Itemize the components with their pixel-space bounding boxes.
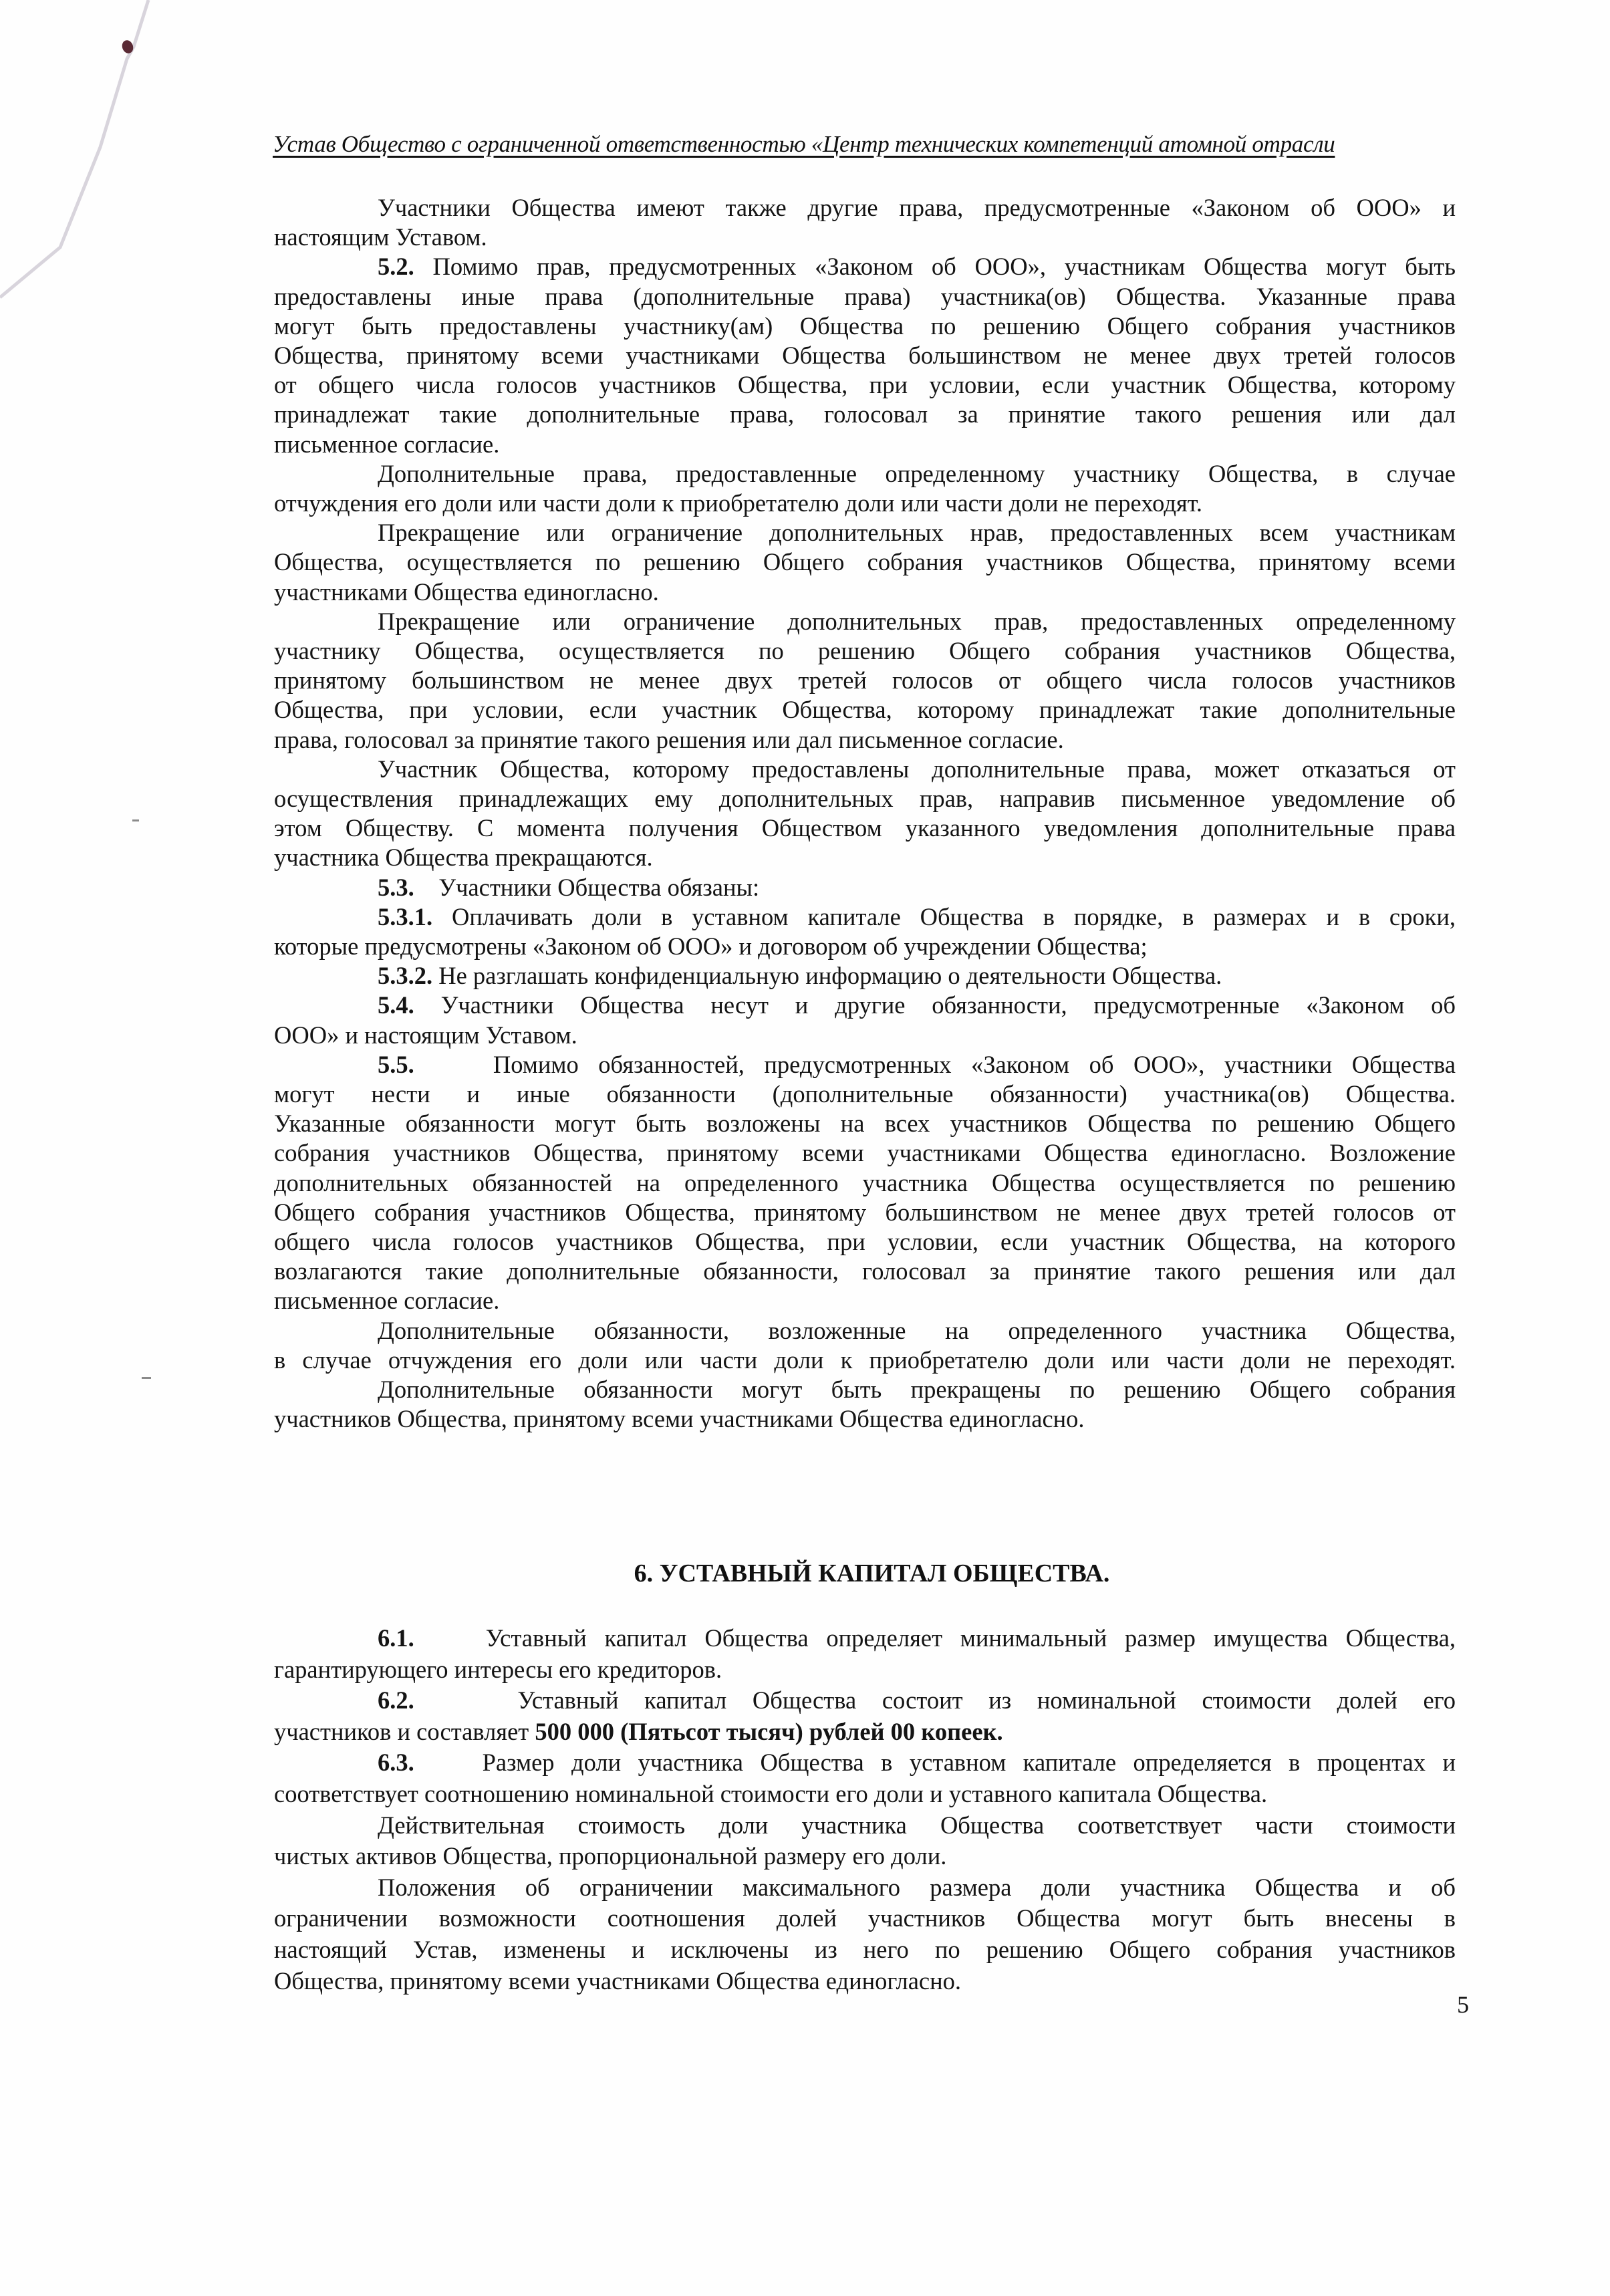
text-line: участника Общества прекращаются.: [274, 844, 1456, 872]
text-line: участников Общества, принятому всеми уча…: [274, 1405, 1456, 1433]
text-line: 5.3.1. Оплачивать доли в уставном капита…: [274, 903, 1456, 931]
running-header: Устав Общество с ограниченной ответствен…: [273, 131, 1436, 158]
line-text: принятому большинством не менее двух тре…: [274, 666, 1456, 694]
text-line: от общего числа голосов участников Общес…: [274, 371, 1456, 399]
text-line: 5.4. Участники Общества несут и другие о…: [274, 991, 1456, 1019]
line-text: Положения об ограничении максимального р…: [378, 1874, 1456, 1901]
text-line: 5.2. Помимо прав, предусмотренных «Закон…: [274, 253, 1456, 281]
line-text: от общего числа голосов участников Общес…: [274, 371, 1456, 398]
line-text: Прекращение или ограничение дополнительн…: [378, 519, 1456, 546]
section-heading: 6. УСТАВНЫЙ КАПИТАЛ ОБЩЕСТВА.: [0, 1559, 1610, 1588]
line-text: Указанные обязанности могут быть возложе…: [274, 1110, 1456, 1137]
line-text: участнику Общества, осуществляется по ре…: [274, 637, 1456, 664]
line-text: Участники Общества имеют также другие пр…: [378, 194, 1456, 221]
line-text: ООО» и настоящим Уставом.: [274, 1021, 577, 1049]
text-line: Участник Общества, которому предоставлен…: [274, 755, 1456, 783]
line-text: общего числа голосов участников Общества…: [274, 1228, 1456, 1255]
text-line: собрания участников Общества, принятому …: [274, 1139, 1456, 1167]
line-text: настоящим Уставом.: [274, 223, 487, 251]
text-line: дополнительных обязанностей на определен…: [274, 1169, 1456, 1197]
text-line: принадлежат такие дополнительные права, …: [274, 400, 1456, 428]
text-line: права, голосовал за принятие такого реше…: [274, 726, 1456, 754]
line-text: дополнительных обязанностей на определен…: [274, 1169, 1456, 1196]
text-line: гарантирующего интересы его кредиторов.: [274, 1656, 1456, 1684]
line-text: Общества, принятому всеми участниками Об…: [274, 1967, 961, 1995]
clause-number: 5.3.1.: [378, 903, 432, 930]
clause-number: 5.4.: [378, 991, 414, 1019]
clause-number: 6.2.: [378, 1686, 414, 1714]
clause-number: 6.1.: [378, 1624, 414, 1652]
text-line: письменное согласие.: [274, 1287, 1456, 1315]
text-line: Действительная стоимость доли участника …: [274, 1811, 1456, 1839]
line-text: Общества, осуществляется по решению Обще…: [274, 548, 1456, 576]
line-text: которые предусмотрены «Законом об ООО» и…: [274, 932, 1148, 960]
text-line: 5.3.2. Не разглашать конфиденциальную ин…: [274, 962, 1456, 990]
text-line: участнику Общества, осуществляется по ре…: [274, 637, 1456, 665]
line-text: настоящий Устав, изменены и исключены из…: [274, 1936, 1456, 1963]
capital-amount: 500 000 (Пятьсот тысяч) рублей 00 копеек…: [535, 1718, 1002, 1745]
line-text: письменное согласие.: [274, 1287, 499, 1314]
line-text: Не разглашать конфиденциальную информаци…: [432, 962, 1222, 989]
text-line: осуществления принадлежащих ему дополнит…: [274, 785, 1456, 813]
line-text: Размер доли участника Общества в уставно…: [414, 1749, 1456, 1776]
page-number: 5: [1457, 1991, 1469, 2019]
text-line: Общества, принятому всеми участниками Об…: [274, 342, 1456, 370]
line-text: Общества, при условии, если участник Общ…: [274, 696, 1456, 723]
text-line: 6.1. Уставный капитал Общества определяе…: [274, 1624, 1456, 1652]
text-line: Общества, при условии, если участник Общ…: [274, 696, 1456, 724]
line-text: Дополнительные обязанности, возложенные …: [378, 1317, 1456, 1344]
line-text: Участник Общества, которому предоставлен…: [378, 755, 1456, 783]
line-text: принадлежат такие дополнительные права, …: [274, 400, 1456, 428]
line-text: этом Обществу. С момента получения Общес…: [274, 814, 1456, 842]
line-text: Прекращение или ограничение дополнительн…: [378, 608, 1456, 635]
text-line: ограничении возможности соотношения доле…: [274, 1904, 1456, 1932]
text-line: могут быть предоставлены участнику(ам) О…: [274, 312, 1456, 340]
line-text: могут быть предоставлены участнику(ам) О…: [274, 312, 1456, 340]
text-line: 5.5. Помимо обязанностей, предусмотренны…: [274, 1051, 1456, 1079]
line-text: письменное согласие.: [274, 430, 499, 458]
text-line: 6.3. Размер доли участника Общества в ус…: [274, 1749, 1456, 1777]
line-text: возлагаются такие дополнительные обязанн…: [274, 1257, 1456, 1285]
text-line: общего числа голосов участников Общества…: [274, 1228, 1456, 1256]
line-text: Оплачивать доли в уставном капитале Обще…: [432, 903, 1456, 930]
text-line: Прекращение или ограничение дополнительн…: [274, 608, 1456, 636]
clause-number: 5.5.: [378, 1051, 414, 1078]
line-text: предоставлены иные права (дополнительные…: [274, 283, 1456, 310]
text-line: Указанные обязанности могут быть возложе…: [274, 1110, 1456, 1138]
line-text: Участники Общества несут и другие обязан…: [414, 991, 1456, 1019]
text-line: настоящий Устав, изменены и исключены из…: [274, 1936, 1456, 1964]
text-line: Положения об ограничении максимального р…: [274, 1874, 1456, 1902]
line-text: Действительная стоимость доли участника …: [378, 1811, 1456, 1839]
line-text: права, голосовал за принятие такого реше…: [274, 726, 1064, 753]
line-text: Общества, принятому всеми участниками Об…: [274, 342, 1456, 369]
text-line: Общества, осуществляется по решению Обще…: [274, 548, 1456, 576]
scan-speck: [142, 1377, 151, 1379]
line-text: участниками Общества единогласно.: [274, 578, 659, 606]
text-line: участников и составляет 500 000 (Пятьсот…: [274, 1718, 1456, 1746]
scanned-page: Устав Общество с ограниченной ответствен…: [0, 0, 1610, 2296]
line-text: Общего собрания участников Общества, при…: [274, 1198, 1456, 1226]
text-line: 6.2. Уставный капитал Общества состоит и…: [274, 1686, 1456, 1714]
line-text: чистых активов Общества, пропорционально…: [274, 1842, 946, 1870]
line-text: Помимо обязанностей, предусмотренных «За…: [414, 1051, 1456, 1078]
text-line: Дополнительные обязанности, возложенные …: [274, 1317, 1456, 1345]
clause-number: 6.3.: [378, 1749, 414, 1776]
text-line: чистых активов Общества, пропорционально…: [274, 1842, 1456, 1870]
line-text: осуществления принадлежащих ему дополнит…: [274, 785, 1456, 812]
line-text: могут нести и иные обязанности (дополнит…: [274, 1080, 1456, 1108]
line-text: участников Общества, принятому всеми уча…: [274, 1405, 1085, 1432]
text-line: Дополнительные обязанности могут быть пр…: [274, 1376, 1456, 1404]
line-text: ограничении возможности соотношения доле…: [274, 1904, 1456, 1932]
line-text: Участники Общества обязаны:: [414, 874, 759, 901]
clause-number: 5.2.: [378, 253, 414, 280]
text-line: письменное согласие.: [274, 430, 1456, 459]
text-line: предоставлены иные права (дополнительные…: [274, 283, 1456, 311]
line-text: участников и составляет: [274, 1718, 535, 1745]
text-line: соответствует соотношению номинальной ст…: [274, 1780, 1456, 1808]
text-line: Прекращение или ограничение дополнительн…: [274, 519, 1456, 547]
text-line: участниками Общества единогласно.: [274, 578, 1456, 606]
line-text: в случае отчуждения его доли или части д…: [274, 1346, 1456, 1374]
line-text: Дополнительные права, предоставленные оп…: [378, 460, 1456, 487]
text-line: ООО» и настоящим Уставом.: [274, 1021, 1456, 1049]
clause-number: 5.3.2.: [378, 962, 432, 989]
clause-number: 5.3.: [378, 874, 414, 901]
line-text: собрания участников Общества, принятому …: [274, 1139, 1456, 1166]
text-line: Участники Общества имеют также другие пр…: [274, 194, 1456, 222]
line-text: участника Общества прекращаются.: [274, 844, 653, 871]
text-line: Общего собрания участников Общества, при…: [274, 1198, 1456, 1227]
page-fold-shadow: [0, 0, 160, 307]
scan-speck: [132, 819, 139, 821]
line-text: отчуждения его доли или части доли к при…: [274, 489, 1202, 517]
line-text: Уставный капитал Общества определяет мин…: [414, 1624, 1456, 1652]
line-text: Помимо прав, предусмотренных «Законом об…: [414, 253, 1456, 280]
text-line: отчуждения его доли или части доли к при…: [274, 489, 1456, 517]
text-line: этом Обществу. С момента получения Общес…: [274, 814, 1456, 842]
line-text: Уставный капитал Общества состоит из ном…: [414, 1686, 1456, 1714]
text-line: могут нести и иные обязанности (дополнит…: [274, 1080, 1456, 1108]
line-text: соответствует соотношению номинальной ст…: [274, 1780, 1267, 1807]
line-text: Дополнительные обязанности могут быть пр…: [378, 1376, 1456, 1403]
text-line: принятому большинством не менее двух тре…: [274, 666, 1456, 694]
text-line: в случае отчуждения его доли или части д…: [274, 1346, 1456, 1374]
text-line: настоящим Уставом.: [274, 223, 1456, 251]
text-line: которые предусмотрены «Законом об ООО» и…: [274, 932, 1456, 961]
text-line: 5.3. Участники Общества обязаны:: [274, 874, 1456, 902]
text-line: Общества, принятому всеми участниками Об…: [274, 1967, 1456, 1995]
text-line: возлагаются такие дополнительные обязанн…: [274, 1257, 1456, 1285]
line-text: гарантирующего интересы его кредиторов.: [274, 1656, 722, 1683]
text-line: Дополнительные права, предоставленные оп…: [274, 460, 1456, 488]
